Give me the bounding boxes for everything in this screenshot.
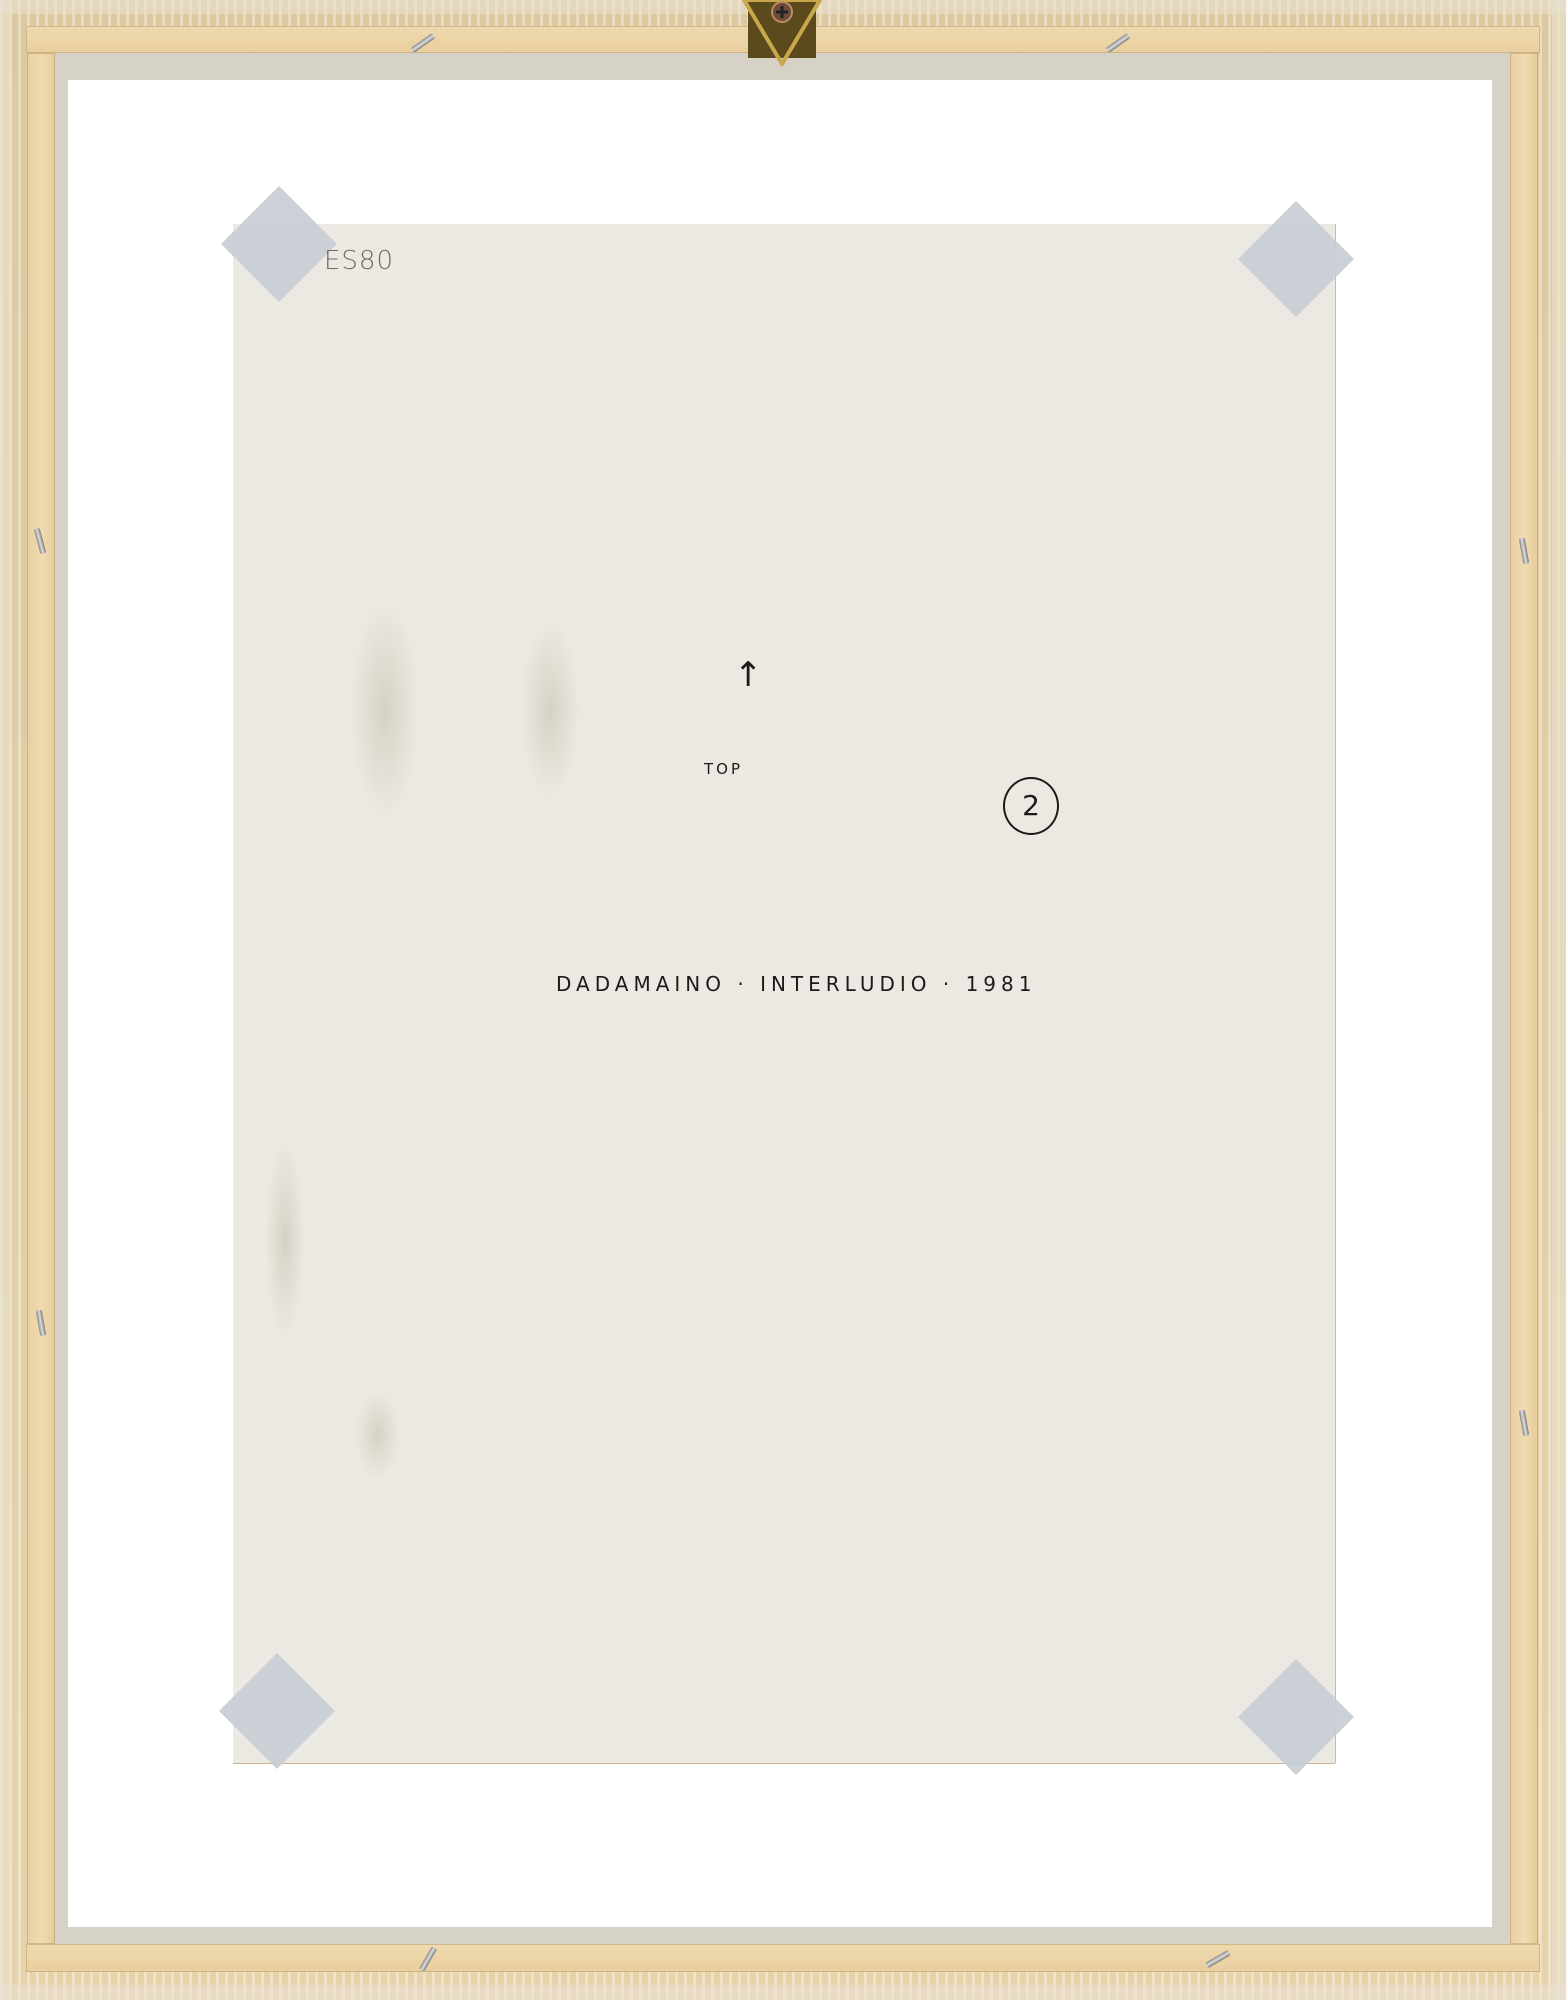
- inner-edge-bottom: [55, 1927, 1510, 1944]
- circled-number-ring: 2: [1003, 777, 1059, 835]
- inventory-mark: ES80: [324, 246, 394, 276]
- circled-number: 2: [1005, 779, 1057, 833]
- artwork-inscription: DADAMAINO · INTERLUDIO · 1981: [556, 972, 1036, 996]
- smudge: [520, 620, 580, 800]
- frame-left-weathering: [0, 0, 12, 2000]
- smudge: [265, 1140, 305, 1340]
- inner-rail-right: [1510, 53, 1538, 1944]
- inner-edge-left: [55, 53, 68, 1944]
- smudge: [355, 1390, 400, 1480]
- frame-bottom-weathering: [0, 1985, 1566, 2000]
- smudge: [350, 600, 420, 820]
- frame-right-weathering: [1552, 0, 1566, 2000]
- brass-hanger-icon[interactable]: [742, 0, 822, 66]
- inner-edge-right: [1492, 53, 1510, 1944]
- orientation-arrow-icon: ↑: [734, 655, 763, 695]
- inner-rail-bottom: [26, 1944, 1540, 1972]
- orientation-label: TOP: [704, 760, 743, 778]
- inner-rail-left: [27, 53, 55, 1944]
